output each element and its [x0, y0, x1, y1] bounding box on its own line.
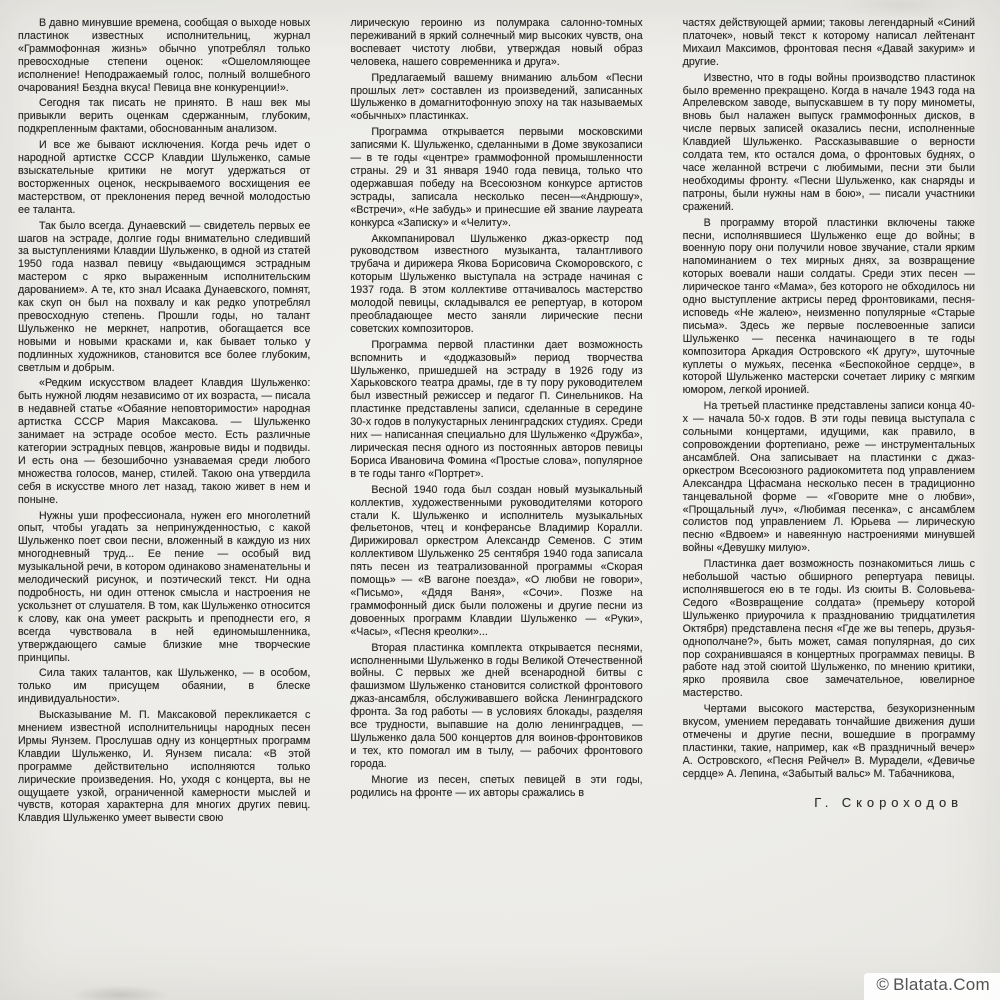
paragraph: Нужны уши профессионала, нужен его много…: [18, 510, 310, 665]
paragraph: Весной 1940 года был создан новый музыка…: [350, 484, 642, 639]
paragraph: частях действующей армии; таковы легенда…: [683, 17, 975, 69]
paragraph: Так было всегда. Дунаевский — свидетель …: [18, 220, 310, 375]
text-column-2: лирическую героиню из полумрака салонно-…: [350, 17, 642, 980]
paragraph: Многие из песен, спетых певицей в эти го…: [350, 774, 642, 800]
watermark-site: Blatata.Com: [893, 975, 990, 994]
paragraph: Вторая пластинка комплекта открывается п…: [350, 642, 642, 771]
paragraph: И все же бывают исключения. Когда речь и…: [18, 139, 310, 216]
text-column-1: В давно минувшие времена, сообщая о выхо…: [18, 17, 310, 980]
paragraph: Сила таких талантов, как Шульженко, — в …: [18, 667, 310, 706]
paragraph: В давно минувшие времена, сообщая о выхо…: [18, 17, 310, 94]
author-signature: Г. Скороходов: [683, 797, 975, 810]
article-columns: В давно минувшие времена, сообщая о выхо…: [18, 17, 975, 980]
text-column-3: частях действующей армии; таковы легенда…: [683, 17, 975, 980]
paragraph: Пластинка дает возможность познакомиться…: [683, 558, 975, 700]
paragraph: В программу второй пластинки включены та…: [683, 217, 975, 398]
paragraph: Чертами высокого мастерства, безукоризне…: [683, 703, 975, 780]
paragraph: лирическую героиню из полумрака салонно-…: [350, 17, 642, 69]
paragraph: «Редким искусством владеет Клавдия Шульж…: [18, 377, 310, 506]
paragraph: Высказывание М. П. Максаковой перекликае…: [18, 709, 310, 825]
copyright-icon: ©: [876, 975, 889, 994]
paragraph: Сегодня так писать не принято. В наш век…: [18, 97, 310, 136]
paragraph: Программа открывается первыми московским…: [350, 126, 642, 229]
paragraph: Известно, что в годы войны производство …: [683, 72, 975, 214]
watermark: ©Blatata.Com: [864, 973, 1000, 1000]
liner-notes-page: В давно минувшие времена, сообщая о выхо…: [0, 0, 1000, 1000]
paragraph: Предлагаемый вашему вниманию альбом «Пес…: [350, 72, 642, 124]
paragraph: Аккомпанировал Шульженко джаз-оркестр по…: [350, 233, 642, 336]
paragraph: Программа первой пластинки дает возможно…: [350, 339, 642, 481]
paragraph: На третьей пластинке представлены записи…: [683, 400, 975, 555]
